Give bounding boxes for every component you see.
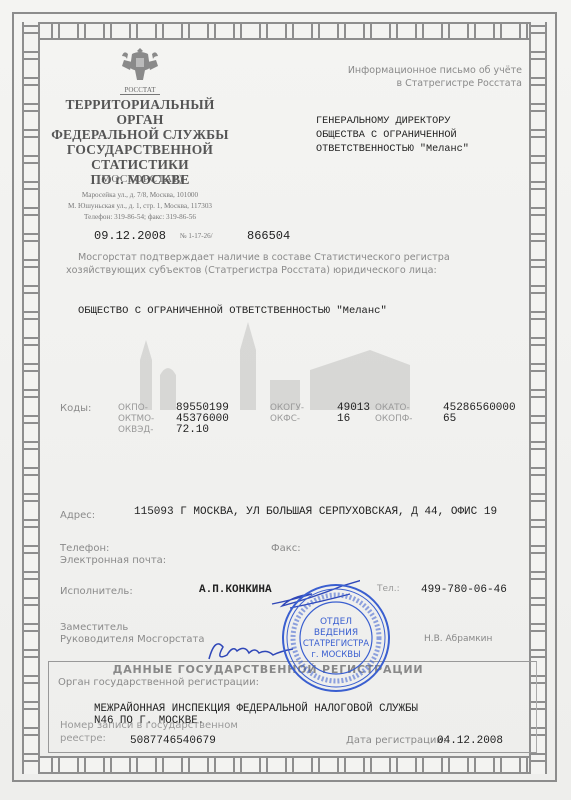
intro-text: Мосгорстат подтверждает наличие в состав…: [66, 251, 526, 277]
registration-org-line: МЕЖРАЙОННАЯ ИНСПЕКЦИЯ ФЕДЕРАЛЬНОЙ НАЛОГО…: [94, 703, 514, 715]
letter-number: 866504: [247, 229, 290, 243]
org-title-line: ТЕРРИТОРИАЛЬНЫЙ ОРГАН: [50, 97, 230, 127]
addressee-line: ОБЩЕСТВА С ОГРАНИЧЕННОЙ: [316, 129, 536, 143]
code-key-okpo: ОКПО-: [118, 403, 148, 413]
phone-label: Телефон:: [60, 543, 109, 554]
greek-key-border-left: [22, 22, 40, 774]
email-label: Электронная почта:: [60, 555, 166, 566]
executor-label: Исполнитель:: [60, 586, 133, 597]
deputy-label-line: Руководителя Мосгорстата: [60, 634, 204, 646]
code-value-okfs: 16: [337, 414, 350, 425]
code-key-okato: ОКАТО-: [375, 403, 410, 413]
document-type-line: Информационное письмо об учёте: [300, 64, 522, 77]
greek-key-border-top: [22, 22, 547, 40]
code-key-okogu: ОКОГУ-: [270, 403, 304, 413]
double-headed-eagle-icon: [118, 44, 162, 84]
code-key-okved: ОКВЭД-: [118, 425, 153, 435]
kremlin-watermark-icon: [120, 320, 420, 410]
registration-record-label-line: Номер записи в государственном: [60, 719, 238, 732]
org-title-line: ГОСУДАРСТВЕННОЙ: [50, 142, 230, 157]
organization-short-name: (МОСГОРСТАТ): [50, 173, 230, 185]
addressee: ГЕНЕРАЛЬНОМУ ДИРЕКТОРУ ОБЩЕСТВА С ОГРАНИ…: [316, 115, 536, 157]
code-value-okopf: 65: [443, 414, 456, 425]
letter-number-label: № 1-17-26/: [180, 232, 213, 240]
document-type-line: в Статрегистре Росстата: [300, 77, 522, 90]
document-page: РОССТАТ ТЕРРИТОРИАЛЬНЫЙ ОРГАН ФЕДЕРАЛЬНО…: [0, 0, 571, 800]
svg-text:ВЕДЕНИЯ: ВЕДЕНИЯ: [314, 628, 358, 638]
code-key-oktmo: ОКТМО-: [118, 414, 154, 424]
registration-record-number: 5087746540679: [130, 735, 216, 747]
org-address-line: М. Юшуньская ул., д. 1, стр. 1, Москва, …: [50, 201, 230, 212]
registration-org-label: Орган государственной регистрации:: [58, 677, 259, 688]
registration-date-value: 04.12.2008: [437, 735, 503, 747]
deputy-name: Н.В. Абрамкин: [424, 634, 492, 644]
svg-text:ОТДЕЛ: ОТДЕЛ: [320, 617, 352, 627]
entity-name: ОБЩЕСТВО С ОГРАНИЧЕННОЙ ОТВЕТСТВЕННОСТЬЮ…: [78, 305, 387, 317]
emblem-caption: РОССТАТ: [120, 86, 160, 95]
document-type: Информационное письмо об учёте в Статрег…: [300, 64, 522, 90]
addressee-line: ОТВЕТСТВЕННОСТЬЮ "Меланс": [316, 143, 536, 157]
org-title-line: ФЕДЕРАЛЬНОЙ СЛУЖБЫ: [50, 127, 230, 142]
code-key-okopf: ОКОПФ-: [375, 414, 412, 424]
address-value: 115093 Г МОСКВА, УЛ БОЛЬШАЯ СЕРПУХОВСКАЯ…: [134, 506, 497, 518]
org-address-line: Маросейка ул., д. 7/8, Москва, 101000: [50, 190, 230, 201]
official-stamp-icon: ОТДЕЛ ВЕДЕНИЯ СТАТРЕГИСТРА г. МОСКВЫ: [280, 582, 392, 694]
greek-key-border-bottom: [22, 756, 547, 774]
svg-text:г. МОСКВЫ: г. МОСКВЫ: [311, 650, 360, 660]
org-title-line: СТАТИСТИКИ: [50, 157, 230, 172]
codes-label: Коды:: [60, 403, 91, 414]
code-key-okfs: ОКФС-: [270, 414, 300, 424]
registration-date-label: Дата регистрации:: [346, 735, 446, 746]
fax-label: Факс:: [271, 543, 301, 554]
code-value-okved: 72.10: [176, 425, 209, 436]
organization-address: Маросейка ул., д. 7/8, Москва, 101000 М.…: [50, 190, 230, 223]
executor-name: А.П.КОНКИНА: [199, 584, 272, 596]
deputy-label-line: Заместитель: [60, 622, 204, 634]
tel-value: 499-780-06-46: [421, 584, 507, 596]
addressee-line: ГЕНЕРАЛЬНОМУ ДИРЕКТОРУ: [316, 115, 536, 129]
svg-text:СТАТРЕГИСТРА: СТАТРЕГИСТРА: [303, 639, 369, 649]
letter-date: 09.12.2008: [94, 229, 166, 243]
deputy-label: Заместитель Руководителя Мосгорстата: [60, 622, 204, 646]
address-label: Адрес:: [60, 510, 95, 521]
org-contacts-line: Телефон: 319-86-54; факс: 319-86-56: [50, 212, 230, 223]
